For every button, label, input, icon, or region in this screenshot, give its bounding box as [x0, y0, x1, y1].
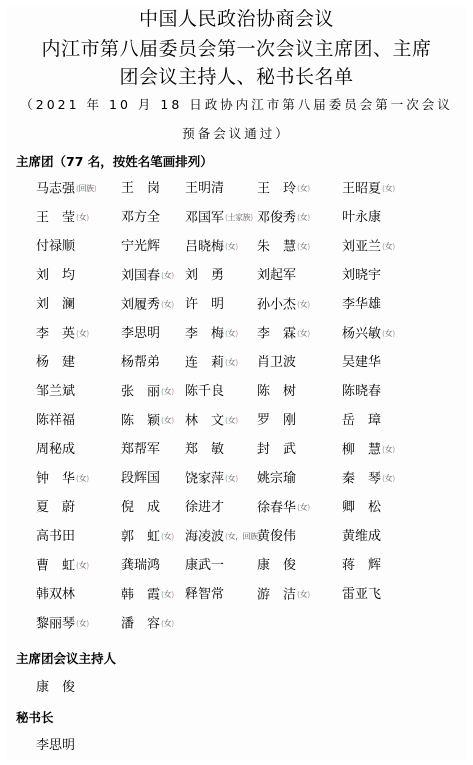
member-name: 刘 勇 [185, 268, 224, 283]
presidium-member: 郑帮军 [121, 442, 160, 458]
member-name: 陈晓春 [342, 384, 381, 399]
member-name: 郑帮军 [121, 442, 160, 457]
member-name: 卿 松 [342, 500, 381, 515]
member-name: 雷亚飞 [342, 587, 381, 602]
member-note: 女 [161, 384, 174, 400]
presidium-member: 郑 敏 [185, 442, 224, 458]
member-name: 陈祥福 [36, 413, 75, 428]
presidium-member: 王 莹女 [36, 210, 89, 227]
presidium-member: 王明清 [185, 181, 224, 197]
member-name: 龚瑞鸿 [121, 558, 160, 573]
presidium-member: 马志强回族 [36, 181, 96, 198]
member-name: 王 莹 [36, 211, 75, 226]
member-name: 徐春华 [257, 501, 296, 516]
member-name: 李 英 [36, 327, 75, 342]
member-name: 蒋 辉 [342, 558, 381, 573]
presidium-member: 李思明 [121, 326, 160, 342]
presidium-member: 夏 蔚 [36, 500, 75, 516]
presidium-member: 陈千良 [185, 384, 224, 400]
member-name: 付禄顺 [36, 239, 75, 254]
member-note: 女 [382, 471, 395, 487]
presidium-member: 杨帮弟 [121, 355, 160, 371]
presidium-member: 王 岗 [121, 181, 160, 197]
member-note: 女 [225, 239, 238, 255]
presidium-member: 饶家萍女 [185, 471, 238, 488]
member-name: 郑 敏 [185, 442, 224, 457]
member-name: 陈千良 [185, 384, 224, 399]
member-note: 女 [225, 413, 238, 429]
member-name: 连 莉 [185, 356, 224, 371]
member-name: 韩双林 [36, 587, 75, 602]
presidium-member: 雷亚飞 [342, 587, 381, 603]
presidium-heading: 主席团（77 名，按姓名笔画排列） [16, 154, 213, 170]
member-name: 李华雄 [342, 297, 381, 312]
presidium-member: 李 英女 [36, 326, 89, 343]
title-line-3: 团会议主持人、秘书长名单 [0, 66, 473, 88]
title-line-2: 内江市第八届委员会第一次会议主席团、主席 [0, 38, 473, 60]
member-name: 罗 刚 [257, 413, 296, 428]
member-name: 杨帮弟 [121, 355, 160, 370]
presidium-member: 吴建华 [342, 355, 381, 371]
presidium-member: 杨兴敏女 [342, 326, 395, 343]
member-name: 黄维成 [342, 529, 381, 544]
member-note: 女 [297, 326, 310, 342]
presidium-member: 高书田 [36, 529, 75, 545]
member-name: 郭 虹 [121, 530, 160, 545]
member-name: 黎丽琴 [36, 617, 75, 632]
presidium-member: 段辉国 [121, 471, 160, 487]
presidium-member: 邓俊秀女 [257, 210, 310, 227]
presidium-member: 朱 慧女 [257, 239, 310, 256]
presidium-member: 刘亚兰女 [342, 239, 395, 256]
member-note: 回族 [76, 181, 96, 197]
presidium-member: 刘 均 [36, 268, 75, 284]
presidium-member: 王 玲女 [257, 181, 310, 198]
presidium-member: 释智常 [185, 587, 224, 603]
presidium-member: 王昭夏女 [342, 181, 395, 198]
member-name: 宁光辉 [121, 239, 160, 254]
member-name: 林 文 [185, 414, 224, 429]
presidium-member: 秦 琴女 [342, 471, 395, 488]
member-name: 刘国春 [121, 269, 160, 284]
member-name: 刘履秀 [121, 298, 160, 313]
presidium-member: 海凌波女，回族 [185, 529, 260, 546]
member-note: 女 [225, 326, 238, 342]
member-name: 高书田 [36, 529, 75, 544]
presidium-member: 徐春华女 [257, 500, 310, 517]
member-name: 李 梅 [185, 327, 224, 342]
member-name: 陈 颖 [121, 414, 160, 429]
member-name: 陈 树 [257, 384, 296, 399]
member-note: 女 [161, 529, 174, 545]
member-name: 曹 虹 [36, 559, 75, 574]
member-note: 女 [382, 239, 395, 255]
member-name: 封 武 [257, 442, 296, 457]
member-name: 张 丽 [121, 385, 160, 400]
presidium-member: 李 霖女 [257, 326, 310, 343]
secretary-heading: 秘书长 [16, 710, 54, 726]
presidium-member: 连 莉女 [185, 355, 238, 372]
presidium-member: 黄俊伟 [257, 529, 296, 545]
member-name: 许 明 [185, 297, 224, 312]
member-note: 女 [76, 558, 89, 574]
presidium-member: 黎丽琴女 [36, 616, 89, 633]
presidium-member: 康 俊 [257, 558, 296, 574]
presidium-member: 姚宗瑜 [257, 471, 296, 487]
member-name: 吕晓梅 [185, 240, 224, 255]
member-name: 朱 慧 [257, 240, 296, 255]
presidium-member: 周秘成 [36, 442, 75, 458]
member-name: 邓俊秀 [257, 211, 296, 226]
member-note: 女 [382, 442, 395, 458]
member-name: 邓方全 [121, 210, 160, 225]
presidium-member: 游 洁女 [257, 587, 310, 604]
member-name: 姚宗瑜 [257, 471, 296, 486]
member-note: 女 [76, 326, 89, 342]
member-name: 徐进才 [185, 500, 224, 515]
member-note: 女，回族 [225, 529, 260, 545]
member-name: 王明清 [185, 181, 224, 196]
member-name: 邓国军 [185, 211, 224, 226]
member-name: 潘 容 [121, 617, 160, 632]
member-name: 海凌波 [185, 530, 224, 545]
secretary-name: 李思明 [36, 738, 75, 754]
member-name: 游 洁 [257, 588, 296, 603]
title-line-1: 中国人民政治协商会议 [0, 8, 473, 30]
member-note: 女 [161, 587, 174, 603]
presidium-member: 潘 容女 [121, 616, 174, 633]
member-note: 女 [382, 181, 395, 197]
member-name: 刘起军 [257, 268, 296, 283]
presidium-member: 倪 成 [121, 500, 160, 516]
presidium-member: 钟 华女 [36, 471, 89, 488]
host-name: 康 俊 [36, 680, 75, 696]
member-name: 王 玲 [257, 182, 296, 197]
presidium-member: 刘 勇 [185, 268, 224, 284]
member-note: 女 [297, 500, 310, 516]
member-name: 马志强 [36, 182, 75, 197]
host-heading: 主席团会议主持人 [16, 651, 116, 667]
presidium-member: 李华雄 [342, 297, 381, 313]
presidium-member: 付禄顺 [36, 239, 75, 255]
presidium-member: 韩 霞女 [121, 587, 174, 604]
presidium-member: 陈祥福 [36, 413, 75, 429]
member-name: 杨 建 [36, 355, 75, 370]
member-note: 土家族 [225, 210, 253, 226]
member-name: 刘 澜 [36, 297, 75, 312]
presidium-member: 邓方全 [121, 210, 160, 226]
member-name: 邹兰斌 [36, 384, 75, 399]
member-name: 康 俊 [257, 558, 296, 573]
member-note: 女 [297, 587, 310, 603]
member-note: 女 [297, 297, 310, 313]
member-name: 倪 成 [121, 500, 160, 515]
presidium-member: 邓国军土家族 [185, 210, 253, 227]
presidium-member: 韩双林 [36, 587, 75, 603]
member-name: 岳 璋 [342, 413, 381, 428]
presidium-member: 张 丽女 [121, 384, 174, 401]
member-name: 肖卫波 [257, 355, 296, 370]
presidium-member: 陈晓春 [342, 384, 381, 400]
presidium-member: 康武一 [185, 558, 224, 574]
member-name: 刘晓宇 [342, 268, 381, 283]
presidium-member: 郭 虹女 [121, 529, 174, 546]
member-note: 女 [297, 210, 310, 226]
member-note: 女 [76, 616, 89, 632]
presidium-member: 杨 建 [36, 355, 75, 371]
presidium-member: 罗 刚 [257, 413, 296, 429]
presidium-member: 叶永康 [342, 210, 381, 226]
presidium-member: 吕晓梅女 [185, 239, 238, 256]
member-name: 柳 慧 [342, 443, 381, 458]
presidium-member: 刘晓宇 [342, 268, 381, 284]
presidium-member: 宁光辉 [121, 239, 160, 255]
member-name: 刘 均 [36, 268, 75, 283]
member-name: 李 霖 [257, 327, 296, 342]
presidium-member: 卿 松 [342, 500, 381, 516]
member-note: 女 [76, 471, 89, 487]
member-note: 女 [297, 181, 310, 197]
presidium-member: 刘 澜 [36, 297, 75, 313]
member-note: 女 [161, 268, 174, 284]
member-name: 吴建华 [342, 355, 381, 370]
presidium-member: 陈 树 [257, 384, 296, 400]
member-note: 女 [161, 297, 174, 313]
member-name: 韩 霞 [121, 588, 160, 603]
member-name: 李思明 [121, 326, 160, 341]
member-name: 饶家萍 [185, 472, 224, 487]
presidium-member: 黄维成 [342, 529, 381, 545]
presidium-member: 徐进才 [185, 500, 224, 516]
presidium-member: 蒋 辉 [342, 558, 381, 574]
presidium-member: 李 梅女 [185, 326, 238, 343]
member-name: 王昭夏 [342, 182, 381, 197]
member-name: 黄俊伟 [257, 529, 296, 544]
member-name: 释智常 [185, 587, 224, 602]
document-page [7, 6, 467, 761]
presidium-member: 陈 颖女 [121, 413, 174, 430]
presidium-member: 刘国春女 [121, 268, 174, 285]
member-name: 杨兴敏 [342, 327, 381, 342]
member-name: 刘亚兰 [342, 240, 381, 255]
member-note: 女 [225, 471, 238, 487]
presidium-member: 林 文女 [185, 413, 238, 430]
presidium-member: 邹兰斌 [36, 384, 75, 400]
member-note: 女 [297, 239, 310, 255]
member-name: 叶永康 [342, 210, 381, 225]
presidium-member: 孙小杰女 [257, 297, 310, 314]
presidium-member: 刘履秀女 [121, 297, 174, 314]
subtitle-line-1: （2021 年 10 月 18 日政协内江市第八届委员会第一次会议 [0, 97, 473, 113]
presidium-member: 曹 虹女 [36, 558, 89, 575]
member-name: 段辉国 [121, 471, 160, 486]
member-note: 女 [161, 413, 174, 429]
presidium-member: 柳 慧女 [342, 442, 395, 459]
presidium-member: 刘起军 [257, 268, 296, 284]
presidium-member: 岳 璋 [342, 413, 381, 429]
member-note: 女 [382, 326, 395, 342]
member-name: 钟 华 [36, 472, 75, 487]
member-name: 王 岗 [121, 181, 160, 196]
member-note: 女 [161, 616, 174, 632]
member-name: 秦 琴 [342, 472, 381, 487]
presidium-member: 肖卫波 [257, 355, 296, 371]
presidium-member: 封 武 [257, 442, 296, 458]
member-name: 周秘成 [36, 442, 75, 457]
member-note: 女 [225, 355, 238, 371]
subtitle-line-2: 预备会议通过） [0, 126, 473, 142]
presidium-member: 龚瑞鸿 [121, 558, 160, 574]
member-name: 孙小杰 [257, 298, 296, 313]
member-note: 女 [76, 210, 89, 226]
presidium-member: 许 明 [185, 297, 224, 313]
member-name: 夏 蔚 [36, 500, 75, 515]
member-name: 康武一 [185, 558, 224, 573]
